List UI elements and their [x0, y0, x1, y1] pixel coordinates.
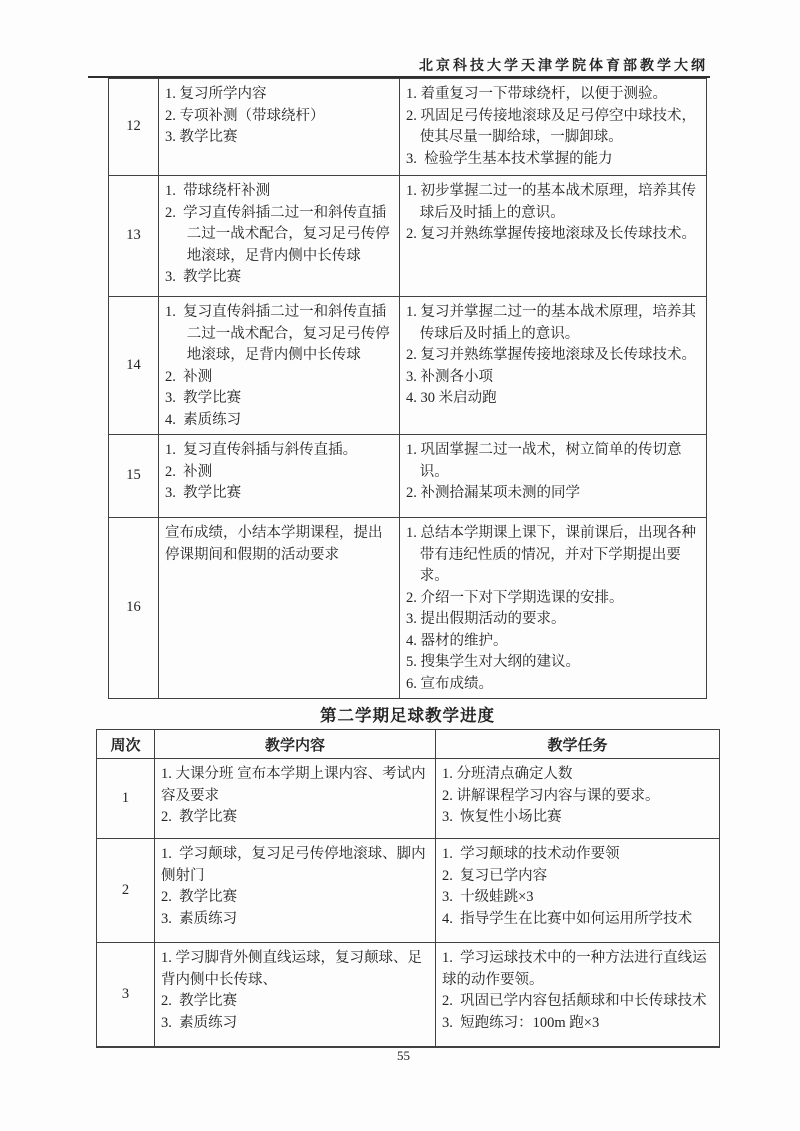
list-item: 3. 教学比赛	[165, 127, 393, 149]
list-item: 2. 专项补测（带球绕杆）	[165, 106, 393, 128]
table-row: 11. 大课分班 宣布本学期上课内容、考试内容及要求2. 教学比赛1. 分班清点…	[97, 759, 720, 839]
list-item: 3. 补测各小项	[406, 367, 700, 389]
list-item: 5. 搜集学生对大纲的建议。	[406, 652, 700, 674]
semester2-schedule-table: 周次 教学内容 教学任务 11. 大课分班 宣布本学期上课内容、考试内容及要求2…	[96, 729, 720, 1048]
week-cell: 1	[97, 759, 155, 839]
tasks-cell: 1. 学习颠球的技术动作要领2. 复习已学内容3. 十级蛙跳×34. 指导学生在…	[436, 839, 720, 943]
content-cell: 1. 大课分班 宣布本学期上课内容、考试内容及要求2. 教学比赛	[155, 759, 436, 839]
tasks-cell: 1. 学习运球技术中的一种方法进行直线运球的动作要领。2. 巩固已学内容包括颠球…	[436, 943, 720, 1047]
doc-header-title: 北京科技大学天津学院体育部教学大纲	[419, 55, 708, 75]
list-item: 2. 补测拾漏某项未测的同学	[406, 483, 700, 505]
list-item: 2. 巩固已学内容包括颠球和中长传球技术	[442, 991, 713, 1013]
content-cell: 1. 复习所学内容2. 专项补测（带球绕杆）3. 教学比赛	[159, 79, 400, 176]
table-row: 141. 复习直传斜插二过一和斜传直插二过一战术配合，复习足弓传停地滚球，足背内…	[109, 297, 707, 435]
table-row: 131. 带球绕杆补测2. 学习直传斜插二过一和斜传直插二过一战术配合，复习足弓…	[109, 176, 707, 297]
table-row: 121. 复习所学内容2. 专项补测（带球绕杆）3. 教学比赛1. 着重复习一下…	[109, 79, 707, 176]
tasks-cell: 1. 着重复习一下带球绕杆，以便于测验。2. 巩固足弓传接地滚球及足弓停空中球技…	[400, 79, 707, 176]
semester1-schedule-table: 121. 复习所学内容2. 专项补测（带球绕杆）3. 教学比赛1. 着重复习一下…	[108, 78, 707, 699]
list-item: 2. 教学比赛	[161, 807, 429, 829]
week-cell: 12	[109, 79, 159, 176]
week-cell: 3	[97, 943, 155, 1047]
list-item: 2. 巩固足弓传接地滚球及足弓停空中球技术，使其尽量一脚给球，一脚卸球。	[406, 106, 700, 149]
list-item: 宣布成绩，小结本学期课程，提出停课期间和假期的活动要求	[165, 523, 393, 566]
list-item: 1. 总结本学期课上课下，课前课后，出现各种带有违纪性质的情况，并对下学期提出要…	[406, 523, 700, 588]
column-header-week: 周次	[97, 730, 155, 759]
list-item: 2. 介绍一下对下学期选课的安排。	[406, 588, 700, 610]
tasks-cell: 1. 分班清点确定人数2. 讲解课程学习内容与课的要求。3. 恢复性小场比赛	[436, 759, 720, 839]
week-cell: 16	[109, 518, 159, 699]
list-item: 3. 教学比赛	[165, 267, 393, 289]
list-item: 1. 复习所学内容	[165, 84, 393, 106]
list-item: 4. 素质练习	[165, 410, 393, 432]
list-item: 1. 巩固掌握二过一战术，树立简单的传切意识。	[406, 440, 700, 483]
list-item: 3. 检验学生基本技术掌握的能力	[406, 149, 700, 171]
tasks-cell: 1. 复习并掌握二过一的基本战术原理，培养其传球后及时插上的意识。2. 复习并熟…	[400, 297, 707, 435]
content-cell: 1. 学习颠球，复习足弓传停地滚球、脚内侧射门2. 教学比赛3. 素质练习	[155, 839, 436, 943]
list-item: 1. 初步掌握二过一的基本战术原理，培养其传球后及时插上的意识。	[406, 181, 700, 224]
content-cell: 1. 复习直传斜插二过一和斜传直插二过一战术配合，复习足弓传停地滚球，足背内侧中…	[159, 297, 400, 435]
list-item: 3. 教学比赛	[165, 483, 393, 505]
list-item: 4. 指导学生在比赛中如何运用所学技术	[442, 909, 713, 931]
document-page: 北京科技大学天津学院体育部教学大纲 121. 复习所学内容2. 专项补测（带球绕…	[0, 0, 800, 1131]
list-item: 3. 提出假期活动的要求。	[406, 609, 700, 631]
list-item: 3. 恢复性小场比赛	[442, 807, 713, 829]
table-row: 16宣布成绩，小结本学期课程，提出停课期间和假期的活动要求1. 总结本学期课上课…	[109, 518, 707, 699]
page-number: 55	[0, 1048, 800, 1064]
list-item: 1. 学习脚背外侧直线运球，复习颠球、足背内侧中长传球、	[161, 948, 429, 991]
list-item: 1. 学习颠球，复习足弓传停地滚球、脚内侧射门	[161, 844, 429, 887]
content-cell: 宣布成绩，小结本学期课程，提出停课期间和假期的活动要求	[159, 518, 400, 699]
list-item: 1. 复习直传斜插二过一和斜传直插二过一战术配合，复习足弓传停地滚球，足背内侧中…	[165, 302, 393, 367]
list-item: 1. 复习并掌握二过一的基本战术原理，培养其传球后及时插上的意识。	[406, 302, 700, 345]
week-cell: 15	[109, 435, 159, 518]
list-item: 3. 素质练习	[161, 909, 429, 931]
list-item: 2. 讲解课程学习内容与课的要求。	[442, 786, 713, 808]
content-cell: 1. 带球绕杆补测2. 学习直传斜插二过一和斜传直插二过一战术配合，复习足弓传停…	[159, 176, 400, 297]
week-cell: 2	[97, 839, 155, 943]
list-item: 2. 教学比赛	[161, 887, 429, 909]
list-item: 2. 补测	[165, 462, 393, 484]
tasks-cell: 1. 初步掌握二过一的基本战术原理，培养其传球后及时插上的意识。2. 复习并熟练…	[400, 176, 707, 297]
content-cell: 1. 复习直传斜插与斜传直插。2. 补测3. 教学比赛	[159, 435, 400, 518]
list-item: 1. 分班清点确定人数	[442, 764, 713, 786]
column-header-content: 教学内容	[155, 730, 436, 759]
list-item: 3. 素质练习	[161, 1013, 429, 1035]
list-item: 6. 宣布成绩。	[406, 674, 700, 696]
section-title: 第二学期足球教学进度	[96, 702, 719, 726]
list-item: 3. 十级蛙跳×3	[442, 887, 713, 909]
list-item: 4. 器材的维护。	[406, 631, 700, 653]
header-row: 周次 教学内容 教学任务	[97, 730, 720, 759]
list-item: 1. 大课分班 宣布本学期上课内容、考试内容及要求	[161, 764, 429, 807]
week-cell: 13	[109, 176, 159, 297]
list-item: 1. 着重复习一下带球绕杆，以便于测验。	[406, 84, 700, 106]
list-item: 2. 复习并熟练掌握传接地滚球及长传球技术。	[406, 345, 700, 367]
column-header-tasks: 教学任务	[436, 730, 720, 759]
list-item: 3. 教学比赛	[165, 388, 393, 410]
list-item: 2. 学习直传斜插二过一和斜传直插二过一战术配合，复习足弓传停地滚球，足背内侧中…	[165, 203, 393, 268]
tasks-cell: 1. 总结本学期课上课下，课前课后，出现各种带有违纪性质的情况，并对下学期提出要…	[400, 518, 707, 699]
list-item: 2. 教学比赛	[161, 991, 429, 1013]
list-item: 3. 短跑练习：100m 跑×3	[442, 1013, 713, 1035]
table-row: 21. 学习颠球，复习足弓传停地滚球、脚内侧射门2. 教学比赛3. 素质练习1.…	[97, 839, 720, 943]
list-item: 4. 30 米启动跑	[406, 388, 700, 410]
list-item: 1. 学习运球技术中的一种方法进行直线运球的动作要领。	[442, 948, 713, 991]
list-item: 1. 带球绕杆补测	[165, 181, 393, 203]
week-cell: 14	[109, 297, 159, 435]
content-cell: 1. 学习脚背外侧直线运球，复习颠球、足背内侧中长传球、2. 教学比赛3. 素质…	[155, 943, 436, 1047]
list-item: 2. 补测	[165, 367, 393, 389]
tasks-cell: 1. 巩固掌握二过一战术，树立简单的传切意识。2. 补测拾漏某项未测的同学	[400, 435, 707, 518]
list-item: 1. 学习颠球的技术动作要领	[442, 844, 713, 866]
table-row: 151. 复习直传斜插与斜传直插。2. 补测3. 教学比赛1. 巩固掌握二过一战…	[109, 435, 707, 518]
list-item: 1. 复习直传斜插与斜传直插。	[165, 440, 393, 462]
table-row: 31. 学习脚背外侧直线运球，复习颠球、足背内侧中长传球、2. 教学比赛3. 素…	[97, 943, 720, 1047]
list-item: 2. 复习已学内容	[442, 866, 713, 888]
list-item: 2. 复习并熟练掌握传接地滚球及长传球技术。	[406, 224, 700, 246]
